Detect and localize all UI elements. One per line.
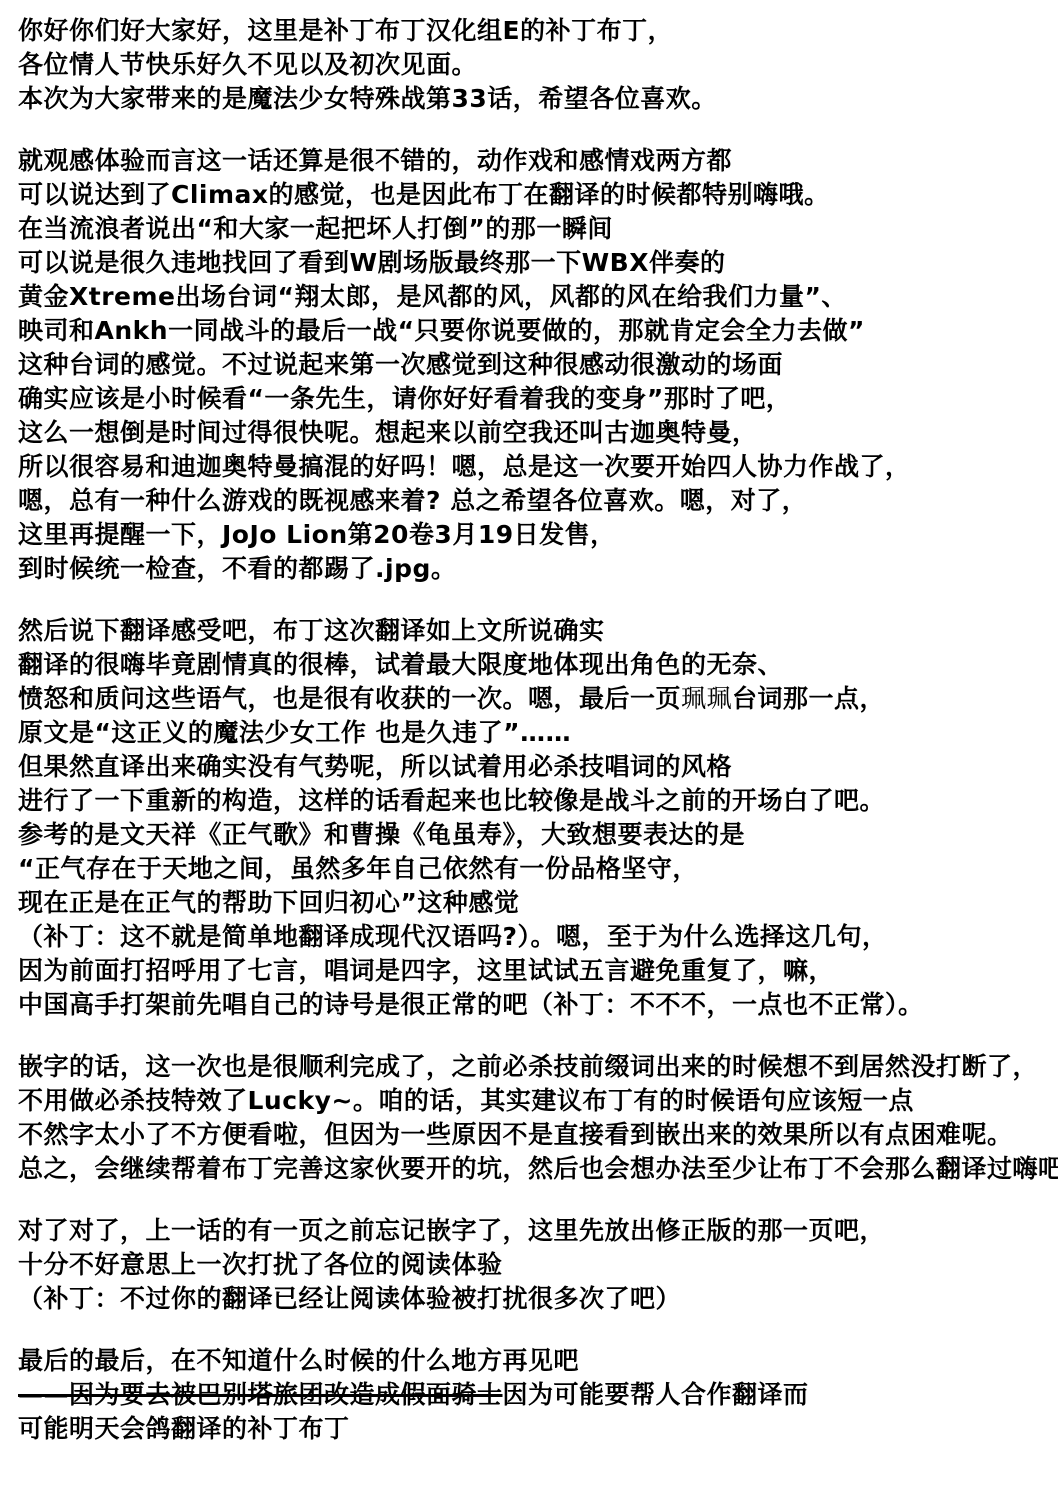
text-segment: 因为前面打招呼用了七言，唱词是四字，这里试试五言避免重复了，嘛， xyxy=(18,956,834,985)
text-line: 参考的是文天祥《正气歌》和曹操《龟虽寿》，大致想要表达的是 xyxy=(18,818,1050,852)
text-line: 你好你们好大家好，这里是补丁布丁汉化组E的补丁布丁， xyxy=(18,14,1050,48)
paragraph-1: 你好你们好大家好，这里是补丁布丁汉化组E的补丁布丁，各位情人节快乐好久不见以及初… xyxy=(18,14,1050,116)
document-body: 你好你们好大家好，这里是补丁布丁汉化组E的补丁布丁，各位情人节快乐好久不见以及初… xyxy=(18,14,1050,1446)
paragraph-4: 嵌字的话，这一次也是很顺利完成了，之前必杀技前缀词出来的时候想不到居然没打断了，… xyxy=(18,1050,1050,1186)
text-line: 对了对了，上一话的有一页之前忘记嵌字了，这里先放出修正版的那一页吧， xyxy=(18,1214,1050,1248)
text-segment: 本次为大家带来的是魔法少女特殊战第33话，希望各位喜欢。 xyxy=(18,84,717,113)
text-segment: 但果然直译出来确实没有气势呢，所以试着用必杀技唱词的风格 xyxy=(18,752,732,781)
text-segment: 中国高手打架前先唱自己的诗号是很正常的吧（补丁：不不不，一点也不正常）。 xyxy=(18,990,924,1019)
text-segment: 可能明天会鸽翻译的补丁布丁 xyxy=(18,1414,350,1443)
text-line: 不然字太小了不方便看啦，但因为一些原因不是直接看到嵌出来的效果所以有点困难呢。 xyxy=(18,1118,1050,1152)
text-line: 翻译的很嗨毕竟剧情真的很棒，试着最大限度地体现出角色的无奈、 xyxy=(18,648,1050,682)
text-segment: 原文是“这正义的魔法少女工作 也是久违了”…… xyxy=(18,718,571,747)
text-line: 本次为大家带来的是魔法少女特殊战第33话，希望各位喜欢。 xyxy=(18,82,1050,116)
text-line: 然后说下翻译感受吧，布丁这次翻译如上文所说确实 xyxy=(18,614,1050,648)
text-line: 黄金Xtreme出场台词“翔太郎，是风都的风，风都的风在给我们力量”、 xyxy=(18,280,1050,314)
paragraph-2: 就观感体验而言这一话还算是很不错的，动作戏和感情戏两方都可以说达到了Climax… xyxy=(18,144,1050,586)
text-line: 总之，会继续帮着布丁完善这家伙要开的坑，然后也会想办法至少让布丁不会那么翻译过嗨… xyxy=(18,1152,1050,1186)
text-segment: 嗯，总有一种什么游戏的既视感来着? 总之希望各位喜欢。嗯，对了， xyxy=(18,486,807,515)
text-segment: 确实应该是小时候看“一条先生，请你好好看着我的变身”那时了吧， xyxy=(18,384,791,413)
text-line: 所以很容易和迪迦奥特曼搞混的好吗！嗯，总是这一次要开始四人协力作战了， xyxy=(18,450,1050,484)
text-segment: 嵌字的话，这一次也是很顺利完成了，之前必杀技前缀词出来的时候想不到居然没打断了， xyxy=(18,1052,1038,1081)
text-line: ——因为要去被巴别塔旅团改造成假面骑士因为可能要帮人合作翻译而 xyxy=(18,1378,1050,1412)
text-segment: 到时候统一检查，不看的都踢了.jpg。 xyxy=(18,554,456,583)
paragraph-6: 最后的最后，在不知道什么时候的什么地方再见吧——因为要去被巴别塔旅团改造成假面骑… xyxy=(18,1344,1050,1446)
translator-notes-page: 你好你们好大家好，这里是补丁布丁汉化组E的补丁布丁，各位情人节快乐好久不见以及初… xyxy=(0,0,1058,1500)
text-line: 这么一想倒是时间过得很快呢。想起来以前空我还叫古迦奥特曼， xyxy=(18,416,1050,450)
text-line: 但果然直译出来确实没有气势呢，所以试着用必杀技唱词的风格 xyxy=(18,750,1050,784)
paragraph-5: 对了对了，上一话的有一页之前忘记嵌字了，这里先放出修正版的那一页吧，十分不好意思… xyxy=(18,1214,1050,1316)
text-line: 确实应该是小时候看“一条先生，请你好好看着我的变身”那时了吧， xyxy=(18,382,1050,416)
text-segment: 现在正是在正气的帮助下回归初心”这种感觉 xyxy=(18,888,519,917)
text-segment: 翻译的很嗨毕竟剧情真的很棒，试着最大限度地体现出角色的无奈、 xyxy=(18,650,783,679)
text-line: 这种台词的感觉。不过说起来第一次感觉到这种很感动很激动的场面 xyxy=(18,348,1050,382)
text-line: 各位情人节快乐好久不见以及初次见面。 xyxy=(18,48,1050,82)
text-segment: 参考的是文天祥《正气歌》和曹操《龟虽寿》，大致想要表达的是 xyxy=(18,820,745,849)
text-segment: 最后的最后，在不知道什么时候的什么地方再见吧 xyxy=(18,1346,579,1375)
paragraph-3: 然后说下翻译感受吧，布丁这次翻译如上文所说确实翻译的很嗨毕竟剧情真的很棒，试着最… xyxy=(18,614,1050,1022)
text-segment: 因为可能要帮人合作翻译而 xyxy=(503,1380,809,1409)
text-line: 中国高手打架前先唱自己的诗号是很正常的吧（补丁：不不不，一点也不正常）。 xyxy=(18,988,1050,1022)
text-line: 可以说是很久违地找回了看到W剧场版最终那一下WBX伴奏的 xyxy=(18,246,1050,280)
text-segment: 这种台词的感觉。不过说起来第一次感觉到这种很感动很激动的场面 xyxy=(18,350,783,379)
text-line: “正气存在于天地之间，虽然多年自己依然有一份品格坚守， xyxy=(18,852,1050,886)
text-line: 愤怒和质问这些语气，也是很有收获的一次。嗯，最后一页珮珮台词那一点， xyxy=(18,682,1050,716)
text-line: 到时候统一检查，不看的都踢了.jpg。 xyxy=(18,552,1050,586)
text-segment: “正气存在于天地之间，虽然多年自己依然有一份品格坚守， xyxy=(18,854,698,883)
text-line: （补丁：不过你的翻译已经让阅读体验被打扰很多次了吧） xyxy=(18,1282,1050,1316)
text-segment: 就观感体验而言这一话还算是很不错的，动作戏和感情戏两方都 xyxy=(18,146,732,175)
text-segment: 不用做必杀技特效了Lucky~。咱的话，其实建议布丁有的时候语句应该短一点 xyxy=(18,1086,914,1115)
text-segment: 这里再提醒一下，JoJo Lion第20卷3月19日发售， xyxy=(18,520,616,549)
text-segment: 你好你们好大家好，这里是补丁布丁汉化组E的补丁布丁， xyxy=(18,16,673,45)
text-line: 可以说达到了Climax的感觉，也是因此布丁在翻译的时候都特别嗨哦。 xyxy=(18,178,1050,212)
text-line: 最后的最后，在不知道什么时候的什么地方再见吧 xyxy=(18,1344,1050,1378)
text-segment: 进行了一下重新的构造，这样的话看起来也比较像是战斗之前的开场白了吧。 xyxy=(18,786,885,815)
text-segment: 总之，会继续帮着布丁完善这家伙要开的坑，然后也会想办法至少让布丁不会那么翻译过嗨… xyxy=(18,1154,1058,1183)
text-line: 十分不好意思上一次打扰了各位的阅读体验 xyxy=(18,1248,1050,1282)
text-line: 嵌字的话，这一次也是很顺利完成了，之前必杀技前缀词出来的时候想不到居然没打断了， xyxy=(18,1050,1050,1084)
text-line: 进行了一下重新的构造，这样的话看起来也比较像是战斗之前的开场白了吧。 xyxy=(18,784,1050,818)
text-segment: 对了对了，上一话的有一页之前忘记嵌字了，这里先放出修正版的那一页吧， xyxy=(18,1216,885,1245)
text-segment: 愤怒和质问这些语气，也是很有收获的一次。嗯，最后一页 xyxy=(18,684,681,713)
text-line: 不用做必杀技特效了Lucky~。咱的话，其实建议布丁有的时候语句应该短一点 xyxy=(18,1084,1050,1118)
text-segment: 可以说达到了Climax的感觉，也是因此布丁在翻译的时候都特别嗨哦。 xyxy=(18,180,830,209)
text-segment: 这么一想倒是时间过得很快呢。想起来以前空我还叫古迦奥特曼， xyxy=(18,418,758,447)
text-segment: 所以很容易和迪迦奥特曼搞混的好吗！嗯，总是这一次要开始四人协力作战了， xyxy=(18,452,911,481)
text-segment: 不然字太小了不方便看啦，但因为一些原因不是直接看到嵌出来的效果所以有点困难呢。 xyxy=(18,1120,1013,1149)
text-segment: 各位情人节快乐好久不见以及初次见面。 xyxy=(18,50,477,79)
text-line: 映司和Ankh一同战斗的最后一战“只要你说要做的，那就肯定会全力去做” xyxy=(18,314,1050,348)
text-line: 原文是“这正义的魔法少女工作 也是久违了”…… xyxy=(18,716,1050,750)
text-segment: 黄金Xtreme出场台词“翔太郎，是风都的风，风都的风在给我们力量”、 xyxy=(18,282,847,311)
text-line: 可能明天会鸽翻译的补丁布丁 xyxy=(18,1412,1050,1446)
text-line: 就观感体验而言这一话还算是很不错的，动作戏和感情戏两方都 xyxy=(18,144,1050,178)
text-segment: 十分不好意思上一次打扰了各位的阅读体验 xyxy=(18,1250,503,1279)
text-segment: 台词那一点， xyxy=(732,684,885,713)
text-segment: 映司和Ankh一同战斗的最后一战“只要你说要做的，那就肯定会全力去做” xyxy=(18,316,865,345)
text-line: 现在正是在正气的帮助下回归初心”这种感觉 xyxy=(18,886,1050,920)
text-segment: 然后说下翻译感受吧，布丁这次翻译如上文所说确实 xyxy=(18,616,605,645)
text-line: 因为前面打招呼用了七言，唱词是四字，这里试试五言避免重复了，嘛， xyxy=(18,954,1050,988)
text-segment: 可以说是很久违地找回了看到W剧场版最终那一下WBX伴奏的 xyxy=(18,248,725,277)
text-segment: 在当流浪者说出“和大家一起把坏人打倒”的那一瞬间 xyxy=(18,214,613,243)
text-segment: （补丁：不过你的翻译已经让阅读体验被打扰很多次了吧） xyxy=(18,1284,681,1313)
text-line: 在当流浪者说出“和大家一起把坏人打倒”的那一瞬间 xyxy=(18,212,1050,246)
text-segment: （补丁：这不就是简单地翻译成现代汉语吗?）。嗯，至于为什么选择这几句， xyxy=(18,922,888,951)
text-line: （补丁：这不就是简单地翻译成现代汉语吗?）。嗯，至于为什么选择这几句， xyxy=(18,920,1050,954)
text-line: 嗯，总有一种什么游戏的既视感来着? 总之希望各位喜欢。嗯，对了， xyxy=(18,484,1050,518)
text-line: 这里再提醒一下，JoJo Lion第20卷3月19日发售， xyxy=(18,518,1050,552)
alt-font-text: 珮珮 xyxy=(681,684,732,713)
strikethrough-text: ——因为要去被巴别塔旅团改造成假面骑士 xyxy=(18,1380,503,1409)
